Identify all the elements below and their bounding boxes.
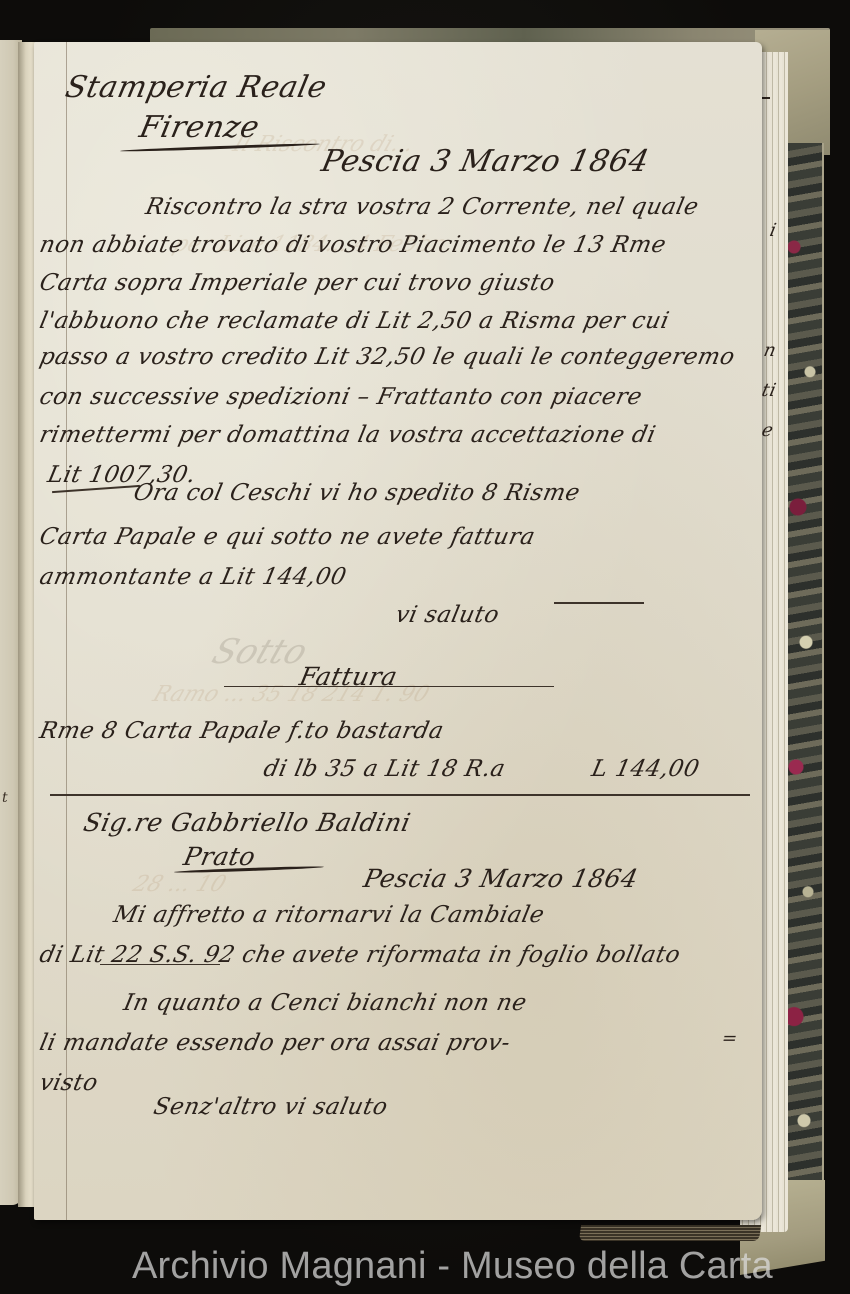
page-stack-bottom bbox=[579, 1225, 761, 1241]
letter2-line: li mandate essendo per ora assai prov- bbox=[37, 1030, 513, 1056]
letter-book-page: Il Riscontro di... per Lire 1184... 4 Fe… bbox=[34, 42, 762, 1220]
invoice-calc-line: di lb 35 a Lit 18 R.a bbox=[261, 756, 508, 782]
letter2-line: Mi affretto a ritornarvi la Cambiale bbox=[111, 902, 547, 928]
letter1-addressee: Stamperia Reale bbox=[62, 70, 330, 105]
letter1-para2-line: Carta Papale e qui sotto ne avete fattur… bbox=[37, 524, 537, 550]
letter1-line: Carta sopra Imperiale per cui trovo gius… bbox=[37, 270, 557, 296]
letter1-line: rimettermi per domattina la vostra accet… bbox=[37, 422, 658, 448]
letter1-para2-line: ammontante a Lit 144,00 bbox=[37, 564, 349, 590]
letter1-line: l'abbuono che reclamate di Lit 2,50 a Ri… bbox=[37, 308, 671, 334]
closing-flourish bbox=[554, 602, 644, 604]
archive-watermark: Archivio Magnani - Museo della Carta bbox=[132, 1245, 773, 1288]
invoice-total: L 144,00 bbox=[589, 756, 702, 782]
letter2-dateline: Pescia 3 Marzo 1864 bbox=[361, 864, 641, 893]
letter1-dateline: Pescia 3 Marzo 1864 bbox=[318, 144, 652, 179]
letter1-line: passo a vostro credito Lit 32,50 le qual… bbox=[37, 344, 737, 370]
letter1-line: Riscontro la stra vostra 2 Corrente, nel… bbox=[143, 194, 701, 220]
bleed-through-text: 28 ... 10 bbox=[129, 872, 229, 897]
section-divider bbox=[50, 794, 750, 796]
letter1-para2-line: Ora col Ceschi vi ho spedito 8 Risme bbox=[131, 480, 582, 506]
letter2-addressee: Sig.re Gabbriello Baldini bbox=[81, 808, 413, 837]
letter1-closing: vi saluto bbox=[393, 602, 501, 628]
letter1-line: non abbiate trovato di vostro Piacimento… bbox=[37, 232, 668, 258]
invoice-heading: Fattura bbox=[297, 662, 400, 691]
bleed-through-text: Sotto bbox=[207, 632, 313, 672]
letter2-line: visto bbox=[37, 1070, 100, 1096]
invoice-item-line: Rme 8 Carta Papale f.to bastarda bbox=[37, 718, 446, 744]
letter2-line: In quanto a Cenci bianchi non ne bbox=[121, 990, 529, 1016]
amount-underline bbox=[100, 964, 220, 965]
letter2-closing: Senz'altro vi saluto bbox=[151, 1094, 390, 1120]
marbled-cover-edge bbox=[782, 143, 824, 1183]
letter1-line: con successive spedizioni – Frattanto co… bbox=[37, 384, 644, 410]
left-page-mark: t bbox=[2, 790, 8, 806]
letter2-city: Prato bbox=[181, 842, 258, 871]
letter1-city: Firenze bbox=[136, 110, 262, 145]
